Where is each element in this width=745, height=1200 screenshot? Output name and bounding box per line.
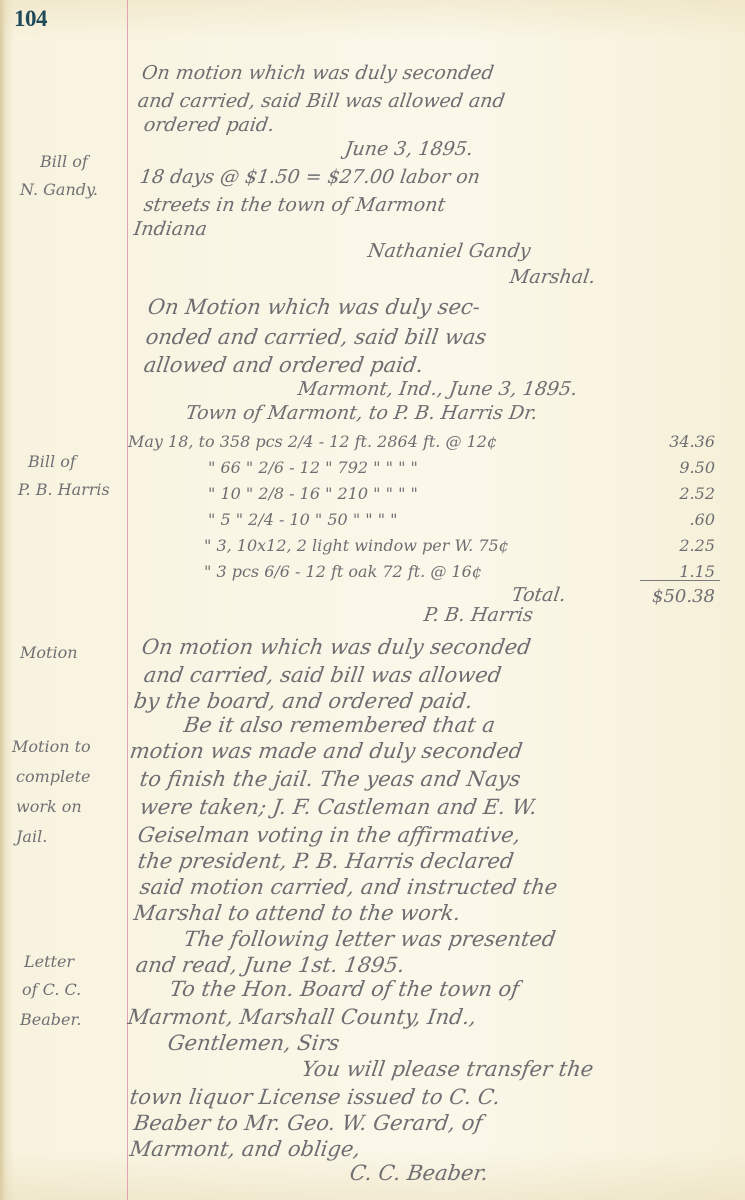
text-line: and read, June 1st. 1895. [134,954,406,976]
margin-note-line: work on [16,797,82,817]
text-line: onded and carried, said bill was [144,326,487,348]
bill-item-amount: 1.15 [679,562,715,581]
bill-item-amount: 2.52 [679,484,715,503]
letter-greeting: Gentlemen, Sirs [166,1032,341,1054]
letter-line: To the Hon. Board of the town of [168,978,520,1000]
bill-item-amount: 2.25 [679,536,715,555]
letter-line: You will please transfer the [300,1058,594,1080]
text-line: On motion which was duly seconded [140,636,532,658]
total-amount: $50.38 [652,586,715,607]
margin-note-line: of C. C. [22,980,81,1000]
text-line: said motion carried, and instructed the [138,876,558,898]
margin-note-line: Motion [20,643,78,663]
bill-place-date: Marmont, Ind., June 3, 1895. [296,378,578,400]
text-line: ordered paid. [142,114,275,136]
margin-note-line: N. Gandy. [20,180,98,200]
letter-line: Marmont, and oblige, [128,1138,361,1160]
text-line: and carried, said bill was allowed [142,664,502,686]
text-line: and carried, said Bill was allowed and [136,90,506,112]
letter-line: Marmont, Marshall County, Ind., [126,1006,477,1028]
text-line: motion was made and duly seconded [128,740,523,762]
text-line: were taken; J. F. Castleman and E. W. [138,796,538,818]
bill-item-desc: " 3 pcs 6/6 - 12 ft oak 72 ft. @ 16¢ [204,562,482,581]
text-line: streets in the town of Marmont [142,194,446,216]
text-line: 18 days @ $1.50 = $27.00 labor on [138,166,481,188]
bill-item-desc: May 18, to 358 pcs 2/4 - 12 ft. 2864 ft.… [128,432,497,451]
bill-item-desc: " 66 " 2/6 - 12 " 792 " " " " [208,458,418,477]
letter-signature: C. C. Beaber. [348,1162,489,1184]
margin-note-line: Bill of [40,152,88,172]
bill-item-amount: 34.36 [669,432,715,451]
text-line: Geiselman voting in the affirmative, [136,824,522,846]
margin-note-line: Letter [24,952,74,972]
text-line: Indiana [132,218,208,240]
text-line: allowed and ordered paid. [142,354,424,376]
margin-note-line: complete [16,767,91,787]
bill-item-desc: " 10 " 2/8 - 16 " 210 " " " " [208,484,418,503]
text-line: The following letter was presented [182,928,557,950]
bill-heading: Town of Marmont, to P. B. Harris Dr. [184,402,538,424]
text-line: Be it also remembered that a [182,714,496,736]
bill-item-amount: 9.50 [679,458,715,477]
signature: Nathaniel Gandy [366,240,532,262]
bill-item-amount: .60 [690,510,715,529]
bill-item-desc: " 3, 10x12, 2 light window per W. 75¢ [204,536,509,555]
margin-note-line: Jail. [16,827,47,847]
text-line: by the board, and ordered paid. [132,690,474,712]
total-label: Total. [510,584,567,606]
text-line: On motion which was duly seconded [140,62,495,84]
margin-note-line: Motion to [12,737,91,757]
letter-line: town liquor License issued to C. C. [128,1086,501,1108]
signature: P. B. Harris [422,604,534,626]
text-line: Marshal to attend to the work. [132,902,461,924]
text-line: On Motion which was duly sec- [146,296,481,318]
text-line: the president, P. B. Harris declared [136,850,515,872]
letter-line: Beaber to Mr. Geo. W. Gerard, of [132,1112,484,1134]
margin-note-line: Beaber. [20,1010,81,1030]
page-number: 104 [14,6,47,32]
signature-title: Marshal. [508,266,596,288]
total-underline [640,580,720,581]
text-line: to finish the jail. The yeas and Nays [138,768,522,790]
bill-item-desc: " 5 " 2/4 - 10 " 50 " " " " [208,510,398,529]
margin-note-line: P. B. Harris [18,480,110,500]
margin-note-line: Bill of [28,452,76,472]
bill-date: June 3, 1895. [343,138,474,160]
